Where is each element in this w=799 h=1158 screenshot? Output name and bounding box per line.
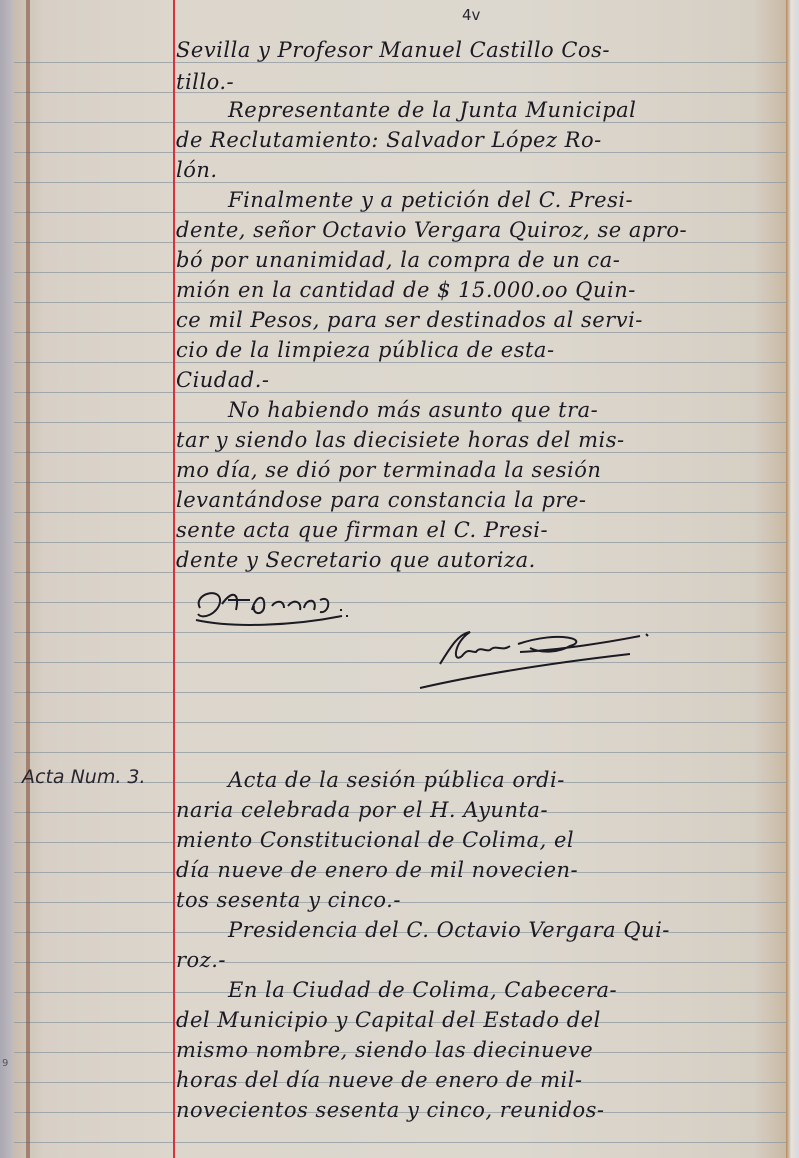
text-line: Representante de la Junta Municipal bbox=[228, 98, 636, 122]
text-line: Presidencia del C. Octavio Vergara Qui- bbox=[228, 918, 670, 942]
text-line: naria celebrada por el H. Ayunta- bbox=[176, 798, 548, 822]
ruled-line bbox=[14, 452, 786, 453]
edge-mark: 9 bbox=[2, 1058, 8, 1069]
text-line: ce mil Pesos, para ser destinados al ser… bbox=[176, 308, 643, 332]
ruled-line bbox=[14, 122, 786, 123]
ruled-line bbox=[14, 92, 786, 93]
text-line: sente acta que firman el C. Presi- bbox=[176, 518, 548, 542]
text-line: bó por unanimidad, la compra de un ca- bbox=[176, 248, 620, 272]
ruled-line bbox=[14, 722, 786, 723]
text-line: tos sesenta y cinco.- bbox=[176, 888, 401, 912]
ruled-line bbox=[14, 602, 786, 603]
text-line: mo día, se dió por terminada la sesión bbox=[176, 458, 601, 482]
text-line: miento Constitucional de Colima, el bbox=[176, 828, 574, 852]
text-line: dente y Secretario que autoriza. bbox=[176, 548, 536, 572]
red-margin-rule bbox=[173, 0, 175, 1158]
secretary-signature bbox=[410, 612, 670, 692]
margin-note-acta-number: Acta Num. 3. bbox=[22, 766, 146, 788]
text-line: levantándose para constancia la pre- bbox=[176, 488, 586, 512]
ruled-line bbox=[14, 242, 786, 243]
ruled-line bbox=[14, 632, 786, 633]
ruled-line bbox=[14, 482, 786, 483]
text-line: Acta de la sesión pública ordi- bbox=[228, 768, 565, 792]
ruled-line bbox=[14, 362, 786, 363]
page-number: 4v bbox=[462, 6, 480, 24]
text-line: horas del día nueve de enero de mil- bbox=[176, 1068, 583, 1092]
ruled-line bbox=[14, 212, 786, 213]
text-line: mión en la cantidad de $ 15.000.oo Quin- bbox=[176, 278, 636, 302]
spine-edge bbox=[26, 0, 30, 1158]
ruled-line bbox=[14, 542, 786, 543]
ruled-line bbox=[14, 152, 786, 153]
text-line: roz.- bbox=[176, 948, 226, 972]
text-line: No habiendo más asunto que tra- bbox=[228, 398, 598, 422]
book-binding bbox=[0, 0, 14, 1158]
ruled-line bbox=[14, 332, 786, 333]
text-line: del Municipio y Capital del Estado del bbox=[176, 1008, 601, 1032]
ruled-line bbox=[14, 692, 786, 693]
text-line: mismo nombre, siendo las diecinueve bbox=[176, 1038, 593, 1062]
text-line: En la Ciudad de Colima, Cabecera- bbox=[228, 978, 617, 1002]
text-line: tar y siendo las diecisiete horas del mi… bbox=[176, 428, 625, 452]
text-line: cio de la limpieza pública de esta- bbox=[176, 338, 555, 362]
ruled-line bbox=[14, 392, 786, 393]
text-line: lón. bbox=[176, 158, 218, 182]
ruled-line bbox=[14, 1142, 786, 1143]
ruled-line bbox=[14, 512, 786, 513]
ruled-line bbox=[14, 62, 786, 63]
ruled-line bbox=[14, 302, 786, 303]
text-line: Sevilla y Profesor Manuel Castillo Cos- bbox=[176, 38, 610, 62]
president-signature-initials bbox=[192, 580, 372, 630]
ruled-line bbox=[14, 962, 786, 963]
ruled-line bbox=[14, 752, 786, 753]
text-line: dente, señor Octavio Vergara Quiroz, se … bbox=[176, 218, 687, 242]
text-line: Finalmente y a petición del C. Presi- bbox=[228, 188, 633, 212]
ruled-line bbox=[14, 422, 786, 423]
text-line: día nueve de enero de mil novecien- bbox=[176, 858, 578, 882]
ruled-line bbox=[14, 182, 786, 183]
page-edge bbox=[786, 0, 799, 1158]
ruled-line bbox=[14, 572, 786, 573]
text-line: Ciudad.- bbox=[176, 368, 270, 392]
ruled-line bbox=[14, 272, 786, 273]
text-line: de Reclutamiento: Salvador López Ro- bbox=[176, 128, 602, 152]
text-line: novecientos sesenta y cinco, reunidos- bbox=[176, 1098, 604, 1122]
ruled-line bbox=[14, 662, 786, 663]
text-line: tillo.- bbox=[176, 70, 234, 94]
